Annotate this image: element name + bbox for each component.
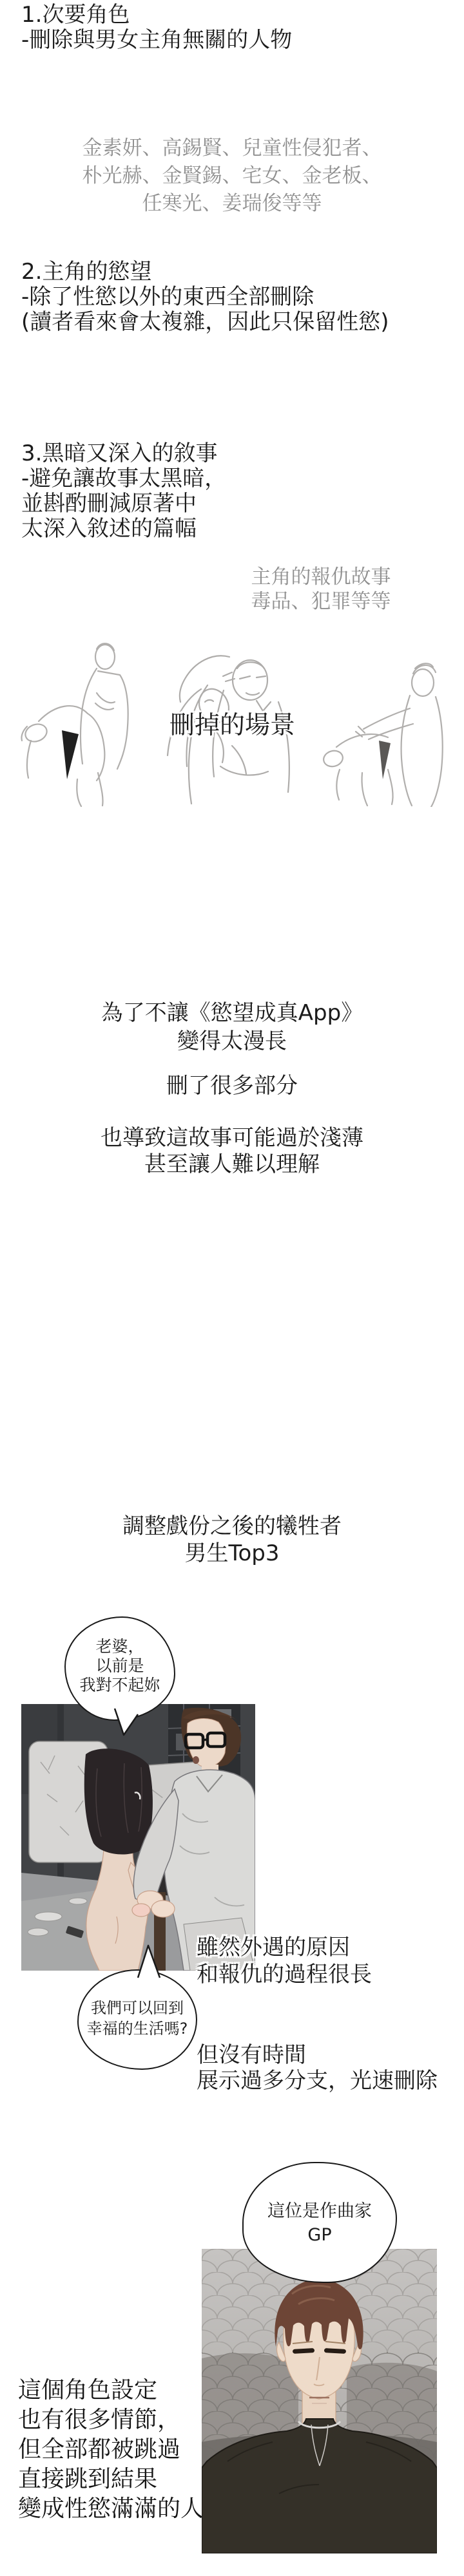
- no-time-line: 展示過多分支，光速刪除: [197, 2068, 438, 2094]
- speech-bubble-composer-gp: 這位是作曲家 GP: [242, 2162, 397, 2283]
- character-note-line: 這個角色設定: [18, 2376, 204, 2405]
- character-note-line: 變成性慾滿滿的人: [18, 2494, 204, 2524]
- revenge-note-line: 主角的報仇故事: [237, 565, 405, 589]
- section-3-title: 3.黑暗又深入的敘事: [21, 441, 226, 466]
- victims-title-line: 調整戲份之後的犧牲者: [0, 1513, 464, 1540]
- character-note-line: 也有很多情節，: [18, 2405, 204, 2435]
- section-1-note: -刪除與男女主角無關的人物: [21, 28, 292, 53]
- bubble-text-line: 這位是作曲家: [244, 2199, 396, 2223]
- app-length-note: 為了不讓《慾望成真App》 變得太漫長: [0, 999, 464, 1056]
- no-time-line: 但沒有時間: [197, 2042, 438, 2068]
- speech-bubble-apology: 老婆， 以前是 我對不起妳: [64, 1616, 175, 1721]
- app-note-line: 變得太漫長: [0, 1027, 464, 1056]
- revenge-note-line: 毒品、犯罪等等: [237, 589, 405, 614]
- affair-note-line: 和報仇的過程很長: [197, 1961, 372, 1988]
- panel-couple-holding-hands: [21, 1704, 255, 1971]
- character-setting-note: 這個角色設定 也有很多情節， 但全部都被跳過 直接跳到結果 變成性慾滿滿的人: [18, 2376, 204, 2524]
- section-minor-characters: 1.次要角色 -刪除與男女主角無關的人物: [21, 3, 292, 53]
- sketch-left-tie: [62, 730, 79, 779]
- panel-composer-gp-portrait: [202, 2249, 437, 2553]
- victims-title-line: 男生Top3: [0, 1540, 464, 1567]
- character-note-line: 直接跳到結果: [18, 2465, 204, 2494]
- shallow-note-line: 也導致這故事可能過於淺薄: [0, 1125, 464, 1151]
- app-note-line: 為了不讓《慾望成真App》: [0, 999, 464, 1027]
- deleted-scenes-label: 刪掉的場景: [169, 705, 295, 741]
- removed-names-list: 金素妍、高錫賢、兒童性侵犯者、 朴光赫、金賢錫、宅女、金老板、 任寒光、姜瑞俊等…: [0, 135, 464, 218]
- names-line: 任寒光、姜瑞俊等等: [0, 190, 464, 218]
- bubble-text-line: 幸福的生活嗎?: [79, 2018, 196, 2039]
- section-3-note: 太深入敘述的篇幅: [21, 516, 226, 542]
- affair-note-line: 雖然外遇的原因: [197, 1934, 372, 1961]
- speech-bubble-tail: [110, 1707, 140, 1738]
- bubble-text-line: 老婆，: [66, 1637, 174, 1656]
- comic-afterword-page: 1.次要角色 -刪除與男女主角無關的人物 金素妍、高錫賢、兒童性侵犯者、 朴光赫…: [0, 0, 464, 2576]
- section-1-title: 1.次要角色: [21, 3, 292, 28]
- revenge-story-note: 主角的報仇故事 毒品、犯罪等等: [237, 565, 405, 614]
- affair-reason-note: 雖然外遇的原因 和報仇的過程很長: [197, 1934, 372, 1988]
- no-time-note: 但沒有時間 展示過多分支，光速刪除: [197, 2042, 438, 2094]
- section-dark-narrative: 3.黑暗又深入的敘事 -避免讓故事太黑暗， 並斟酌刪減原著中 太深入敘述的篇幅: [21, 441, 226, 542]
- victims-top3-title: 調整戲份之後的犧牲者 男生Top3: [0, 1513, 464, 1567]
- section-protagonist-desire: 2.主角的慾望 -除了性慾以外的東西全部刪除 (讀者看來會太複雜，因此只保留性慾…: [21, 260, 389, 335]
- speech-bubble-tail: [131, 1942, 165, 1980]
- cut-parts-note: 刪了很多部分: [0, 1074, 464, 1099]
- section-3-note: -避免讓故事太黑暗，: [21, 466, 226, 491]
- bubble-text-line: 以前是: [66, 1656, 174, 1676]
- bubble-text-line: 我對不起妳: [66, 1676, 174, 1695]
- speech-bubble-happy-life: 我們可以回到 幸福的生活嗎?: [77, 1969, 197, 2070]
- names-line: 朴光赫、金賢錫、宅女、金老板、: [0, 162, 464, 190]
- section-3-note: 並斟酌刪減原著中: [21, 491, 226, 516]
- shallow-story-note: 也導致這故事可能過於淺薄 甚至讓人難以理解: [0, 1125, 464, 1178]
- names-line: 金素妍、高錫賢、兒童性侵犯者、: [0, 135, 464, 162]
- sketch-left-figure: [21, 643, 128, 806]
- bubble-text-line: 我們可以回到: [79, 1998, 196, 2018]
- bubble-text-line: GP: [244, 2223, 396, 2247]
- shallow-note-line: 甚至讓人難以理解: [0, 1151, 464, 1178]
- section-2-note: (讀者看來會太複雜，因此只保留性慾): [21, 310, 389, 335]
- section-2-title: 2.主角的慾望: [21, 260, 389, 285]
- character-note-line: 但全部都被跳過: [18, 2435, 204, 2465]
- section-2-note: -除了性慾以外的東西全部刪除: [21, 285, 389, 310]
- sketch-right-figure: [322, 663, 442, 807]
